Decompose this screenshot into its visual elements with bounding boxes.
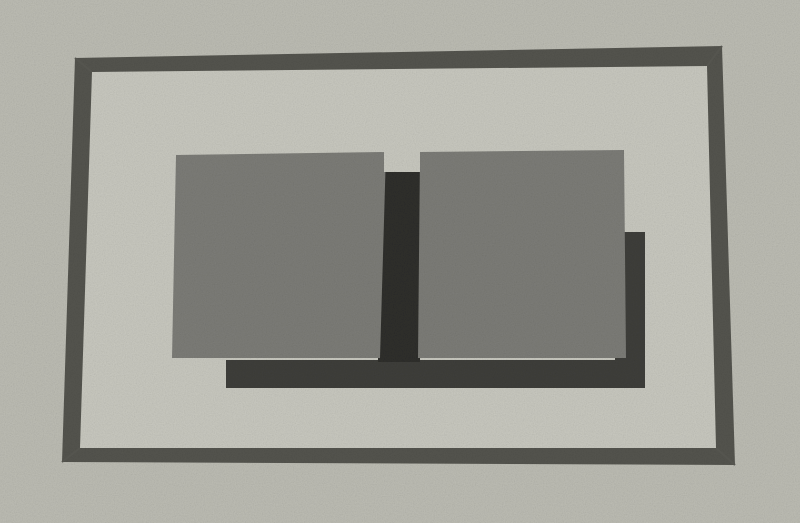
pencil-drawing: [0, 0, 800, 523]
right-square: [418, 150, 626, 358]
left-square: [172, 152, 386, 358]
connector-tab: [384, 150, 420, 172]
drawing-canvas: [0, 0, 800, 523]
